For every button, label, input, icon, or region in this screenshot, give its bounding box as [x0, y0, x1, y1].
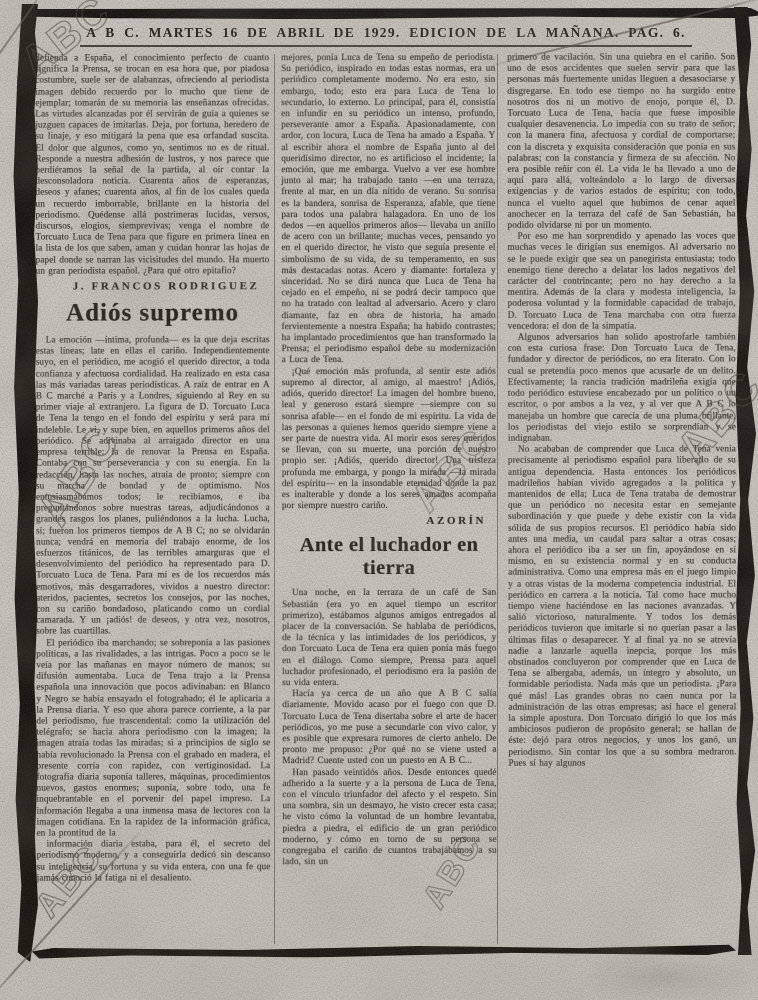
paragraph: Por eso me han sorprendido y apenado las… — [508, 231, 736, 332]
column-3: primero de vacilación. Sin una quiebra e… — [501, 51, 737, 945]
signature-azorin: AZORÍN — [282, 515, 486, 527]
adios-supremo-body: La emoción —íntima, profunda— es la que … — [36, 334, 271, 883]
newspaper-page: A B C. MARTES 16 DE ABRIL DE 1929. EDICI… — [0, 0, 758, 1000]
column-divider-2 — [497, 54, 498, 944]
article-columns: defienda a España, el conocimiento perfe… — [35, 51, 737, 946]
column-divider-1 — [274, 54, 275, 944]
francos-article-end: defienda a España, el conocimiento perfe… — [35, 52, 269, 276]
scan-right-edge — [734, 7, 756, 955]
signature-francos-rodriguez: J. FRANCOS RODRIGUEZ — [36, 280, 260, 292]
page-top-border — [26, 7, 758, 20]
paragraph: Han pasado veintidós años. Desde entonce… — [282, 766, 496, 867]
headline-adios-supremo: Adiós supremo — [36, 299, 270, 327]
paragraph: El periódico iba marchando; se sobreponí… — [36, 637, 270, 839]
adios-supremo-continuation: mejores, ponía Luca de Tena su empeño de… — [281, 52, 496, 512]
paper-stain — [580, 955, 750, 1000]
paragraph: Hacía ya cerca de un año que A B C salía… — [282, 688, 496, 767]
headline-ante-el-luchador: Ante el luchador en tierra — [282, 534, 496, 580]
luchador-article-body: Una noche, en la terraza de un café de S… — [282, 587, 497, 867]
header-text: A B C. MARTES 16 DE ABRIL DE 1929. EDICI… — [80, 25, 691, 47]
paragraph: Algunos adversarios han solido apostrofa… — [508, 331, 736, 443]
paragraph: La emoción —íntima, profunda— es la que … — [36, 334, 270, 637]
paragraph: No acababan de comprender que Luca de Te… — [508, 443, 737, 768]
paragraph: defienda a España, el conocimiento perfe… — [35, 52, 269, 276]
column-2: mejores, ponía Luca de Tena su empeño de… — [275, 52, 503, 946]
paragraph: información diaria estaba, para él, el s… — [37, 838, 271, 883]
paragraph: ¡Qué emoción más profunda, al sentir est… — [282, 365, 496, 511]
paragraph: mejores, ponía Luca de Tena su empeño de… — [281, 52, 496, 366]
paragraph: Una noche, en la terraza de un café de S… — [282, 587, 496, 688]
scan-left-edge — [12, 4, 38, 962]
page-header: A B C. MARTES 16 DE ABRIL DE 1929. EDICI… — [36, 24, 736, 47]
paragraph: primero de vacilación. Sin una quiebra e… — [507, 51, 735, 231]
column-1: defienda a España, el conocimiento perfe… — [35, 52, 276, 946]
luchador-article-continuation: primero de vacilación. Sin una quiebra e… — [507, 51, 736, 768]
